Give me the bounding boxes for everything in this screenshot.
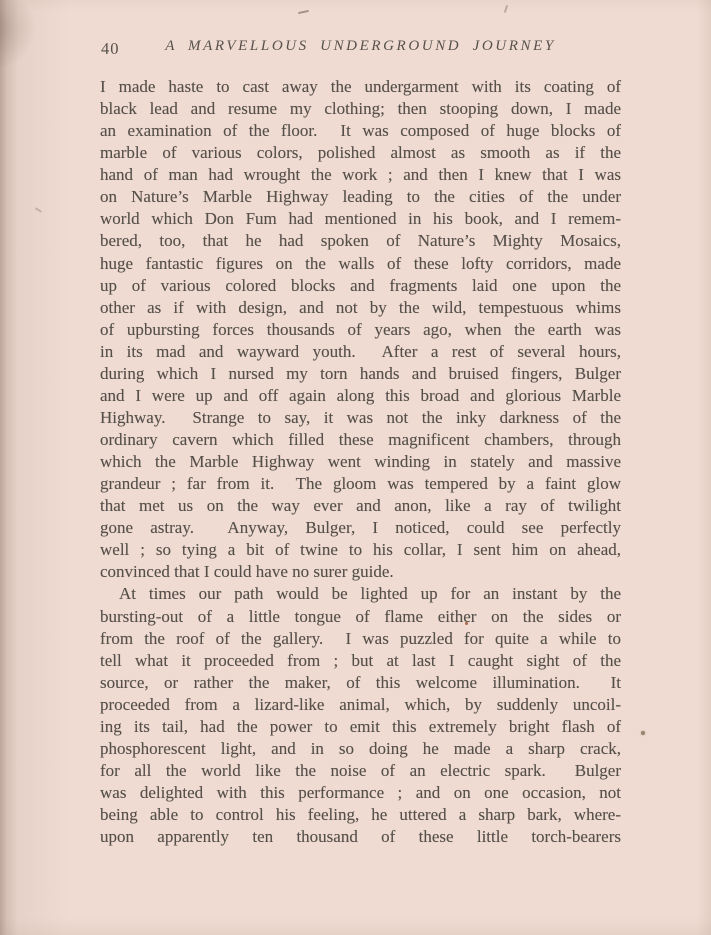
text-line: tell what it proceeded from ; but at las… (100, 650, 621, 672)
text-line: on Nature’s Marble Highway leading to th… (100, 186, 621, 208)
text-line: other as if with design, and not by the … (100, 297, 621, 319)
page-number: 40 (101, 39, 120, 59)
text-line: At times our path would be lighted up fo… (100, 583, 621, 605)
text-line: was delighted with this performance ; an… (100, 782, 621, 804)
text-line: gone astray. Anyway, Bulger, I noticed, … (100, 517, 621, 539)
scan-speckle (504, 5, 508, 13)
text-line: up of various colored blocks and fragmen… (100, 275, 621, 297)
text-line: which the Marble Highway went winding in… (100, 451, 621, 473)
text-line: huge fantastic figures on the walls of t… (100, 253, 621, 275)
running-title: A MARVELLOUS UNDERGROUND JOURNEY (100, 38, 621, 55)
text-line: bursting-out of a little tongue of flame… (100, 606, 621, 628)
body-text: I made haste to cast away the undergarme… (100, 76, 621, 848)
text-line: from the roof of the gallery. I was puzz… (100, 628, 621, 650)
text-line: bered, too, that he had spoken of Nature… (100, 230, 621, 252)
text-line: black lead and resume my clothing; then … (100, 98, 621, 120)
text-line: an examination of the floor. It was comp… (100, 120, 621, 142)
text-line: proceeded from a lizard-like animal, whi… (100, 694, 621, 716)
text-line: upon apparently ten thousand of these li… (100, 826, 621, 848)
book-page-scan: { "page": { "number": "40", "running_tit… (0, 0, 711, 935)
text-line: hand of man had wrought the work ; and t… (100, 164, 621, 186)
text-line: that met us on the way ever and anon, li… (100, 495, 621, 517)
text-line: and I were up and off again along this b… (100, 385, 621, 407)
text-line: source, or rather the maker, of this wel… (100, 672, 621, 694)
text-line: Highway. Strange to say, it was not the … (100, 407, 621, 429)
text-line: convinced that I could have no surer gui… (100, 561, 621, 583)
text-line: being able to control his feeling, he ut… (100, 804, 621, 826)
text-line: ing its tail, had the power to emit this… (100, 716, 621, 738)
text-line: in its mad and wayward youth. After a re… (100, 341, 621, 363)
text-line: for all the world like the noise of an e… (100, 760, 621, 782)
text-line: of upbursting forces thousands of years … (100, 319, 621, 341)
text-line: ordinary cavern which filled these magni… (100, 429, 621, 451)
page-header: 40 A MARVELLOUS UNDERGROUND JOURNEY (100, 38, 621, 55)
text-line: well ; so tying a bit of twine to his co… (100, 539, 621, 561)
text-line: grandeur ; far from it. The gloom was te… (100, 473, 621, 495)
scan-speckle (35, 207, 42, 212)
text-line: during which I nursed my torn hands and … (100, 363, 621, 385)
text-line: phosphorescent light, and in so doing he… (100, 738, 621, 760)
text-line: world which Don Fum had mentioned in his… (100, 208, 621, 230)
text-line: I made haste to cast away the undergarme… (100, 76, 621, 98)
scan-speckle (641, 731, 645, 735)
text-line: marble of various colors, polished almos… (100, 142, 621, 164)
scan-speckle (298, 10, 309, 14)
